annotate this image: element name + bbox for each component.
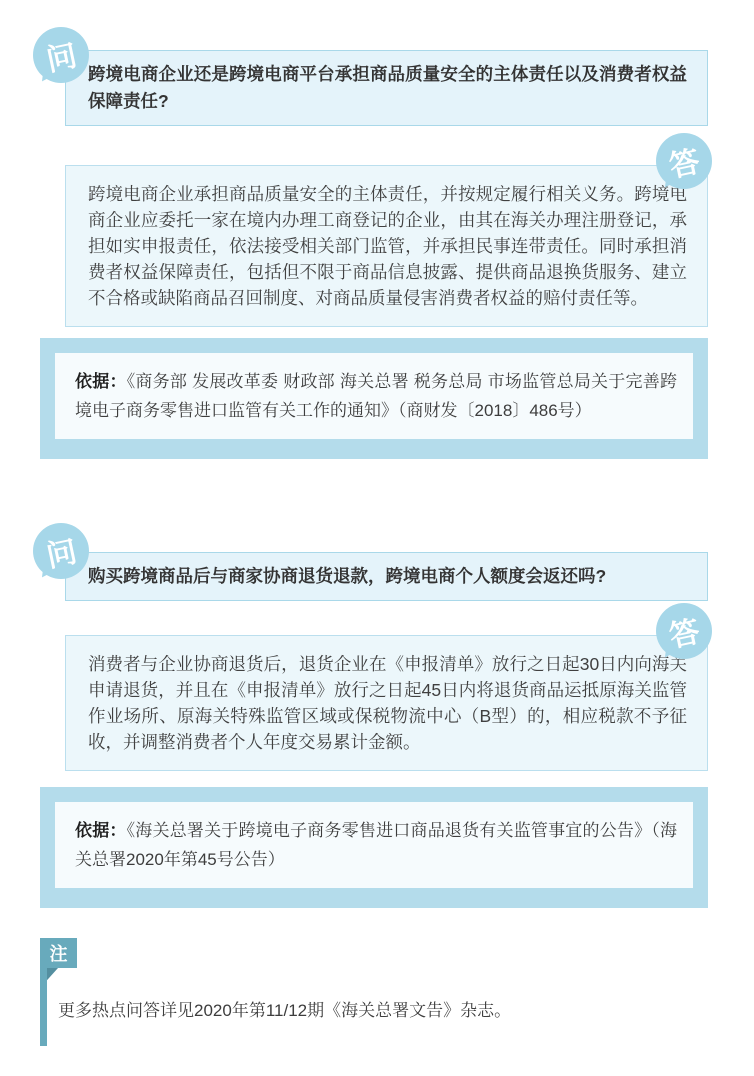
qa-infographic-page: 问 跨境电商企业还是跨境电商平台承担商品质量安全的主体责任以及消费者权益保障责任… — [0, 0, 754, 1076]
basis-text: 《商务部 发展改革委 财政部 海关总署 税务总局 市场监管总局关于完善跨境电子商… — [75, 372, 677, 420]
basis-inner: 依据：《商务部 发展改革委 财政部 海关总署 税务总局 市场监管总局关于完善跨境… — [55, 353, 693, 439]
basis-box: 依据：《商务部 发展改革委 财政部 海关总署 税务总局 市场监管总局关于完善跨境… — [40, 338, 708, 459]
answer-bubble-icon: 答 — [656, 133, 712, 189]
basis-text: 《海关总署关于跨境电子商务零售进口商品退货有关监管事宜的公告》（海关总署2020… — [75, 821, 677, 869]
question-text: 购买跨境商品后与商家协商退货退款，跨境电商个人额度会返还吗? — [88, 566, 606, 586]
answer-bubble-glyph: 答 — [665, 136, 703, 185]
note-left-bar — [40, 968, 47, 1046]
answer-bubble-icon: 答 — [656, 603, 712, 659]
answer-box: 消费者与企业协商退货后，退货企业在《申报清单》放行之日起30日内向海关申请退货，… — [65, 635, 708, 771]
answer-text: 跨境电商企业承担商品质量安全的主体责任，并按规定履行相关义务。跨境电商企业应委托… — [88, 184, 687, 308]
answer-text: 消费者与企业协商退货后，退货企业在《申报清单》放行之日起30日内向海关申请退货，… — [88, 654, 687, 752]
question-bubble-glyph: 问 — [42, 30, 80, 79]
question-box: 购买跨境商品后与商家协商退货退款，跨境电商个人额度会返还吗? — [65, 552, 708, 601]
basis-label: 依据： — [75, 372, 127, 391]
answer-box: 跨境电商企业承担商品质量安全的主体责任，并按规定履行相关义务。跨境电商企业应委托… — [65, 165, 708, 327]
question-text: 跨境电商企业还是跨境电商平台承担商品质量安全的主体责任以及消费者权益保障责任? — [88, 64, 687, 111]
answer-bubble-glyph: 答 — [665, 606, 703, 655]
basis-label: 依据： — [75, 821, 127, 840]
question-bubble-icon: 问 — [33, 27, 89, 83]
note-text: 更多热点问答详见2020年第11/12期《海关总署文告》杂志。 — [58, 998, 708, 1023]
question-bubble-glyph: 问 — [42, 526, 80, 575]
note-badge: 注 — [40, 938, 77, 968]
question-bubble-icon: 问 — [33, 523, 89, 579]
basis-inner: 依据：《海关总署关于跨境电子商务零售进口商品退货有关监管事宜的公告》（海关总署2… — [55, 802, 693, 888]
question-box: 跨境电商企业还是跨境电商平台承担商品质量安全的主体责任以及消费者权益保障责任? — [65, 50, 708, 126]
basis-box: 依据：《海关总署关于跨境电子商务零售进口商品退货有关监管事宜的公告》（海关总署2… — [40, 787, 708, 908]
